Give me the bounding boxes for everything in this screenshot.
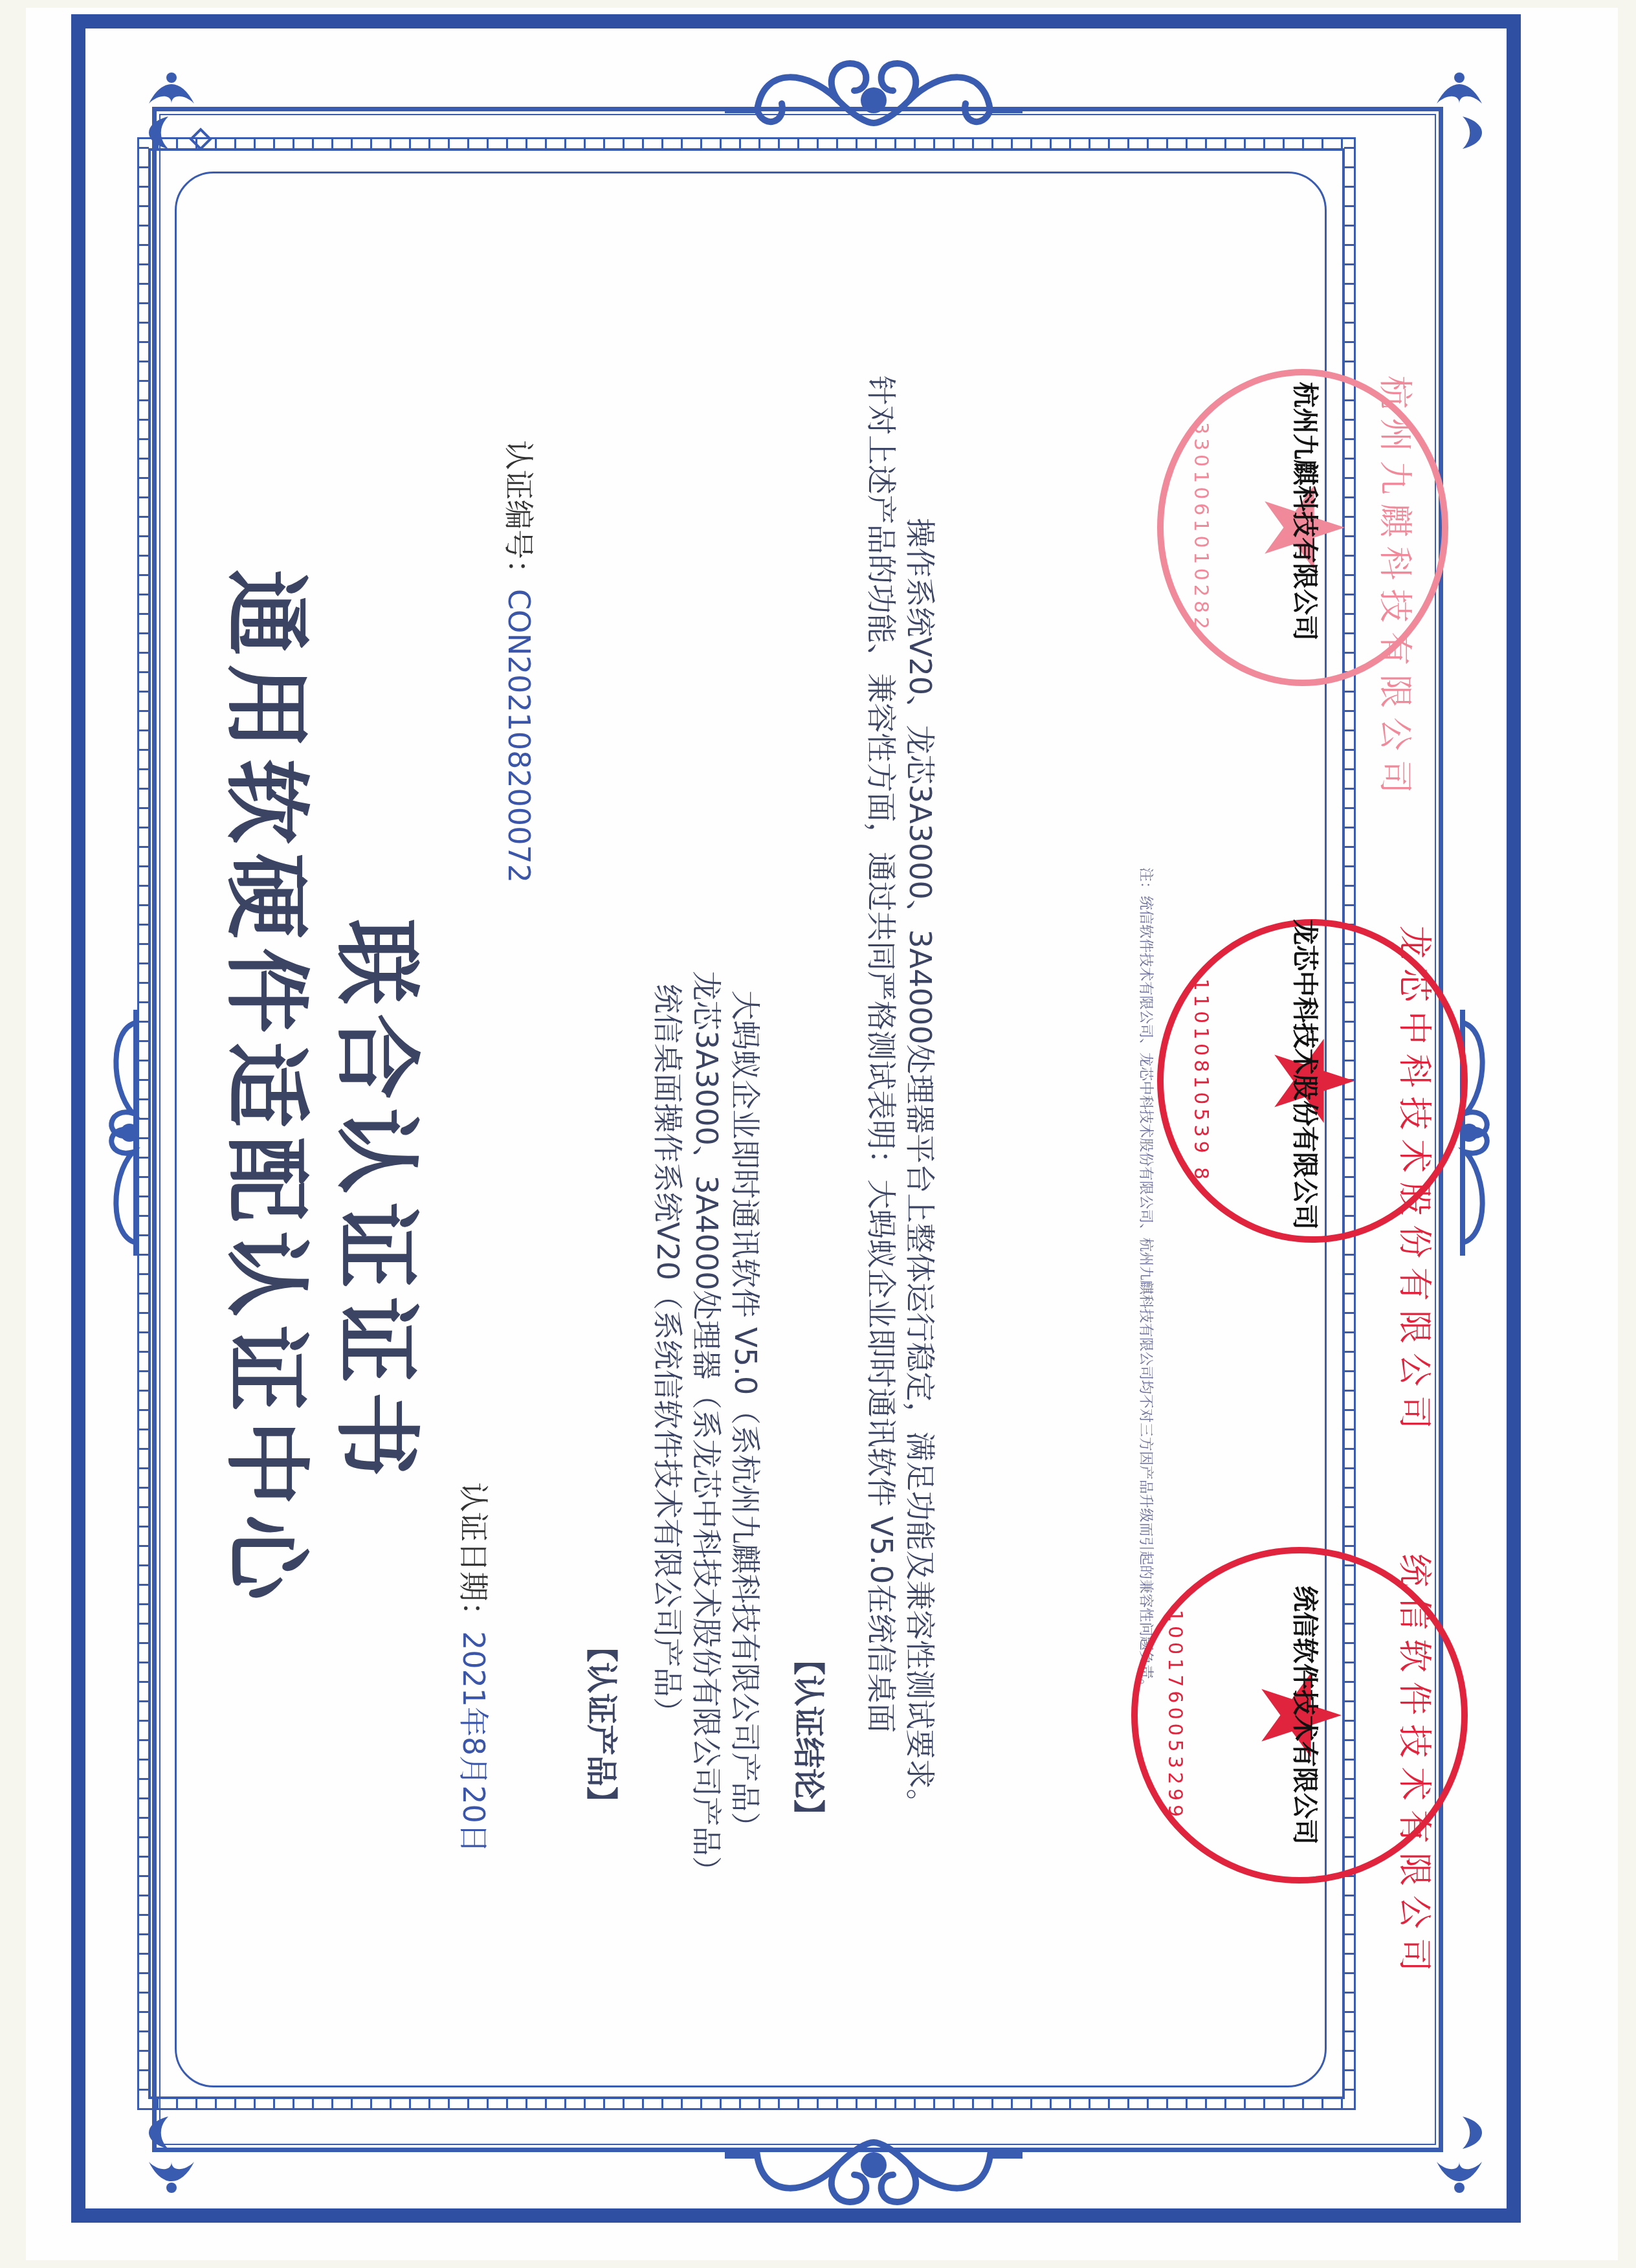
product-item: 统信桌面操作系统V20（系统信软件技术有限公司产品） xyxy=(648,984,691,1727)
certificate-content: 通用软硬件适配认证中心 联合认证证书 认证日期：2021年8月20日 认证编号：… xyxy=(0,0,1636,2268)
conclusion-heading: 【认证结论】 xyxy=(789,1644,834,1830)
certificate-title-line2: 联合认证证书 xyxy=(322,919,445,1486)
signatory-loongson: 龙芯中科技术股份有限公司 xyxy=(1288,919,1325,1230)
conclusion-line: 针对上述产品的功能、兼容性方面，通过共同严格测试表明：大蚂蚁企业即时通讯软件 V… xyxy=(862,375,905,1733)
date-label: 认证日期： xyxy=(456,1482,491,1631)
signatory-uos: 统信软件技术有限公司 xyxy=(1288,1586,1325,1845)
certification-date: 认证日期：2021年8月20日 xyxy=(454,1482,497,1853)
certification-number: 认证编号：CON202108200072 xyxy=(500,440,542,883)
signatory-jiuqi: 杭州九麒科技有限公司 xyxy=(1288,382,1325,641)
certificate-title-line1: 通用软硬件适配认证中心 xyxy=(212,570,335,1609)
product-item: 龙芯3A3000、3A4000处理器（系龙芯中科技术股份有限公司产品） xyxy=(687,971,730,1886)
product-item: 大蚂蚁企业即时通讯软件 V5.0（系杭州九麒科技有限公司产品） xyxy=(726,990,769,1841)
number-value: CON202108200072 xyxy=(502,589,536,883)
number-label: 认证编号： xyxy=(502,440,536,589)
conclusion-line: 操作系统V20、龙芯3A3000、3A4000处理器平台上整体运行稳定，满足功能… xyxy=(901,518,944,1819)
products-heading: 【认证产品】 xyxy=(582,1631,626,1818)
disclaimer-note: 注：统信软件技术有限公司、龙芯中科技术股份有限公司、杭州九麒科技有限公司均不对三… xyxy=(1137,867,1157,1693)
date-value: 2021年8月20日 xyxy=(456,1631,491,1853)
